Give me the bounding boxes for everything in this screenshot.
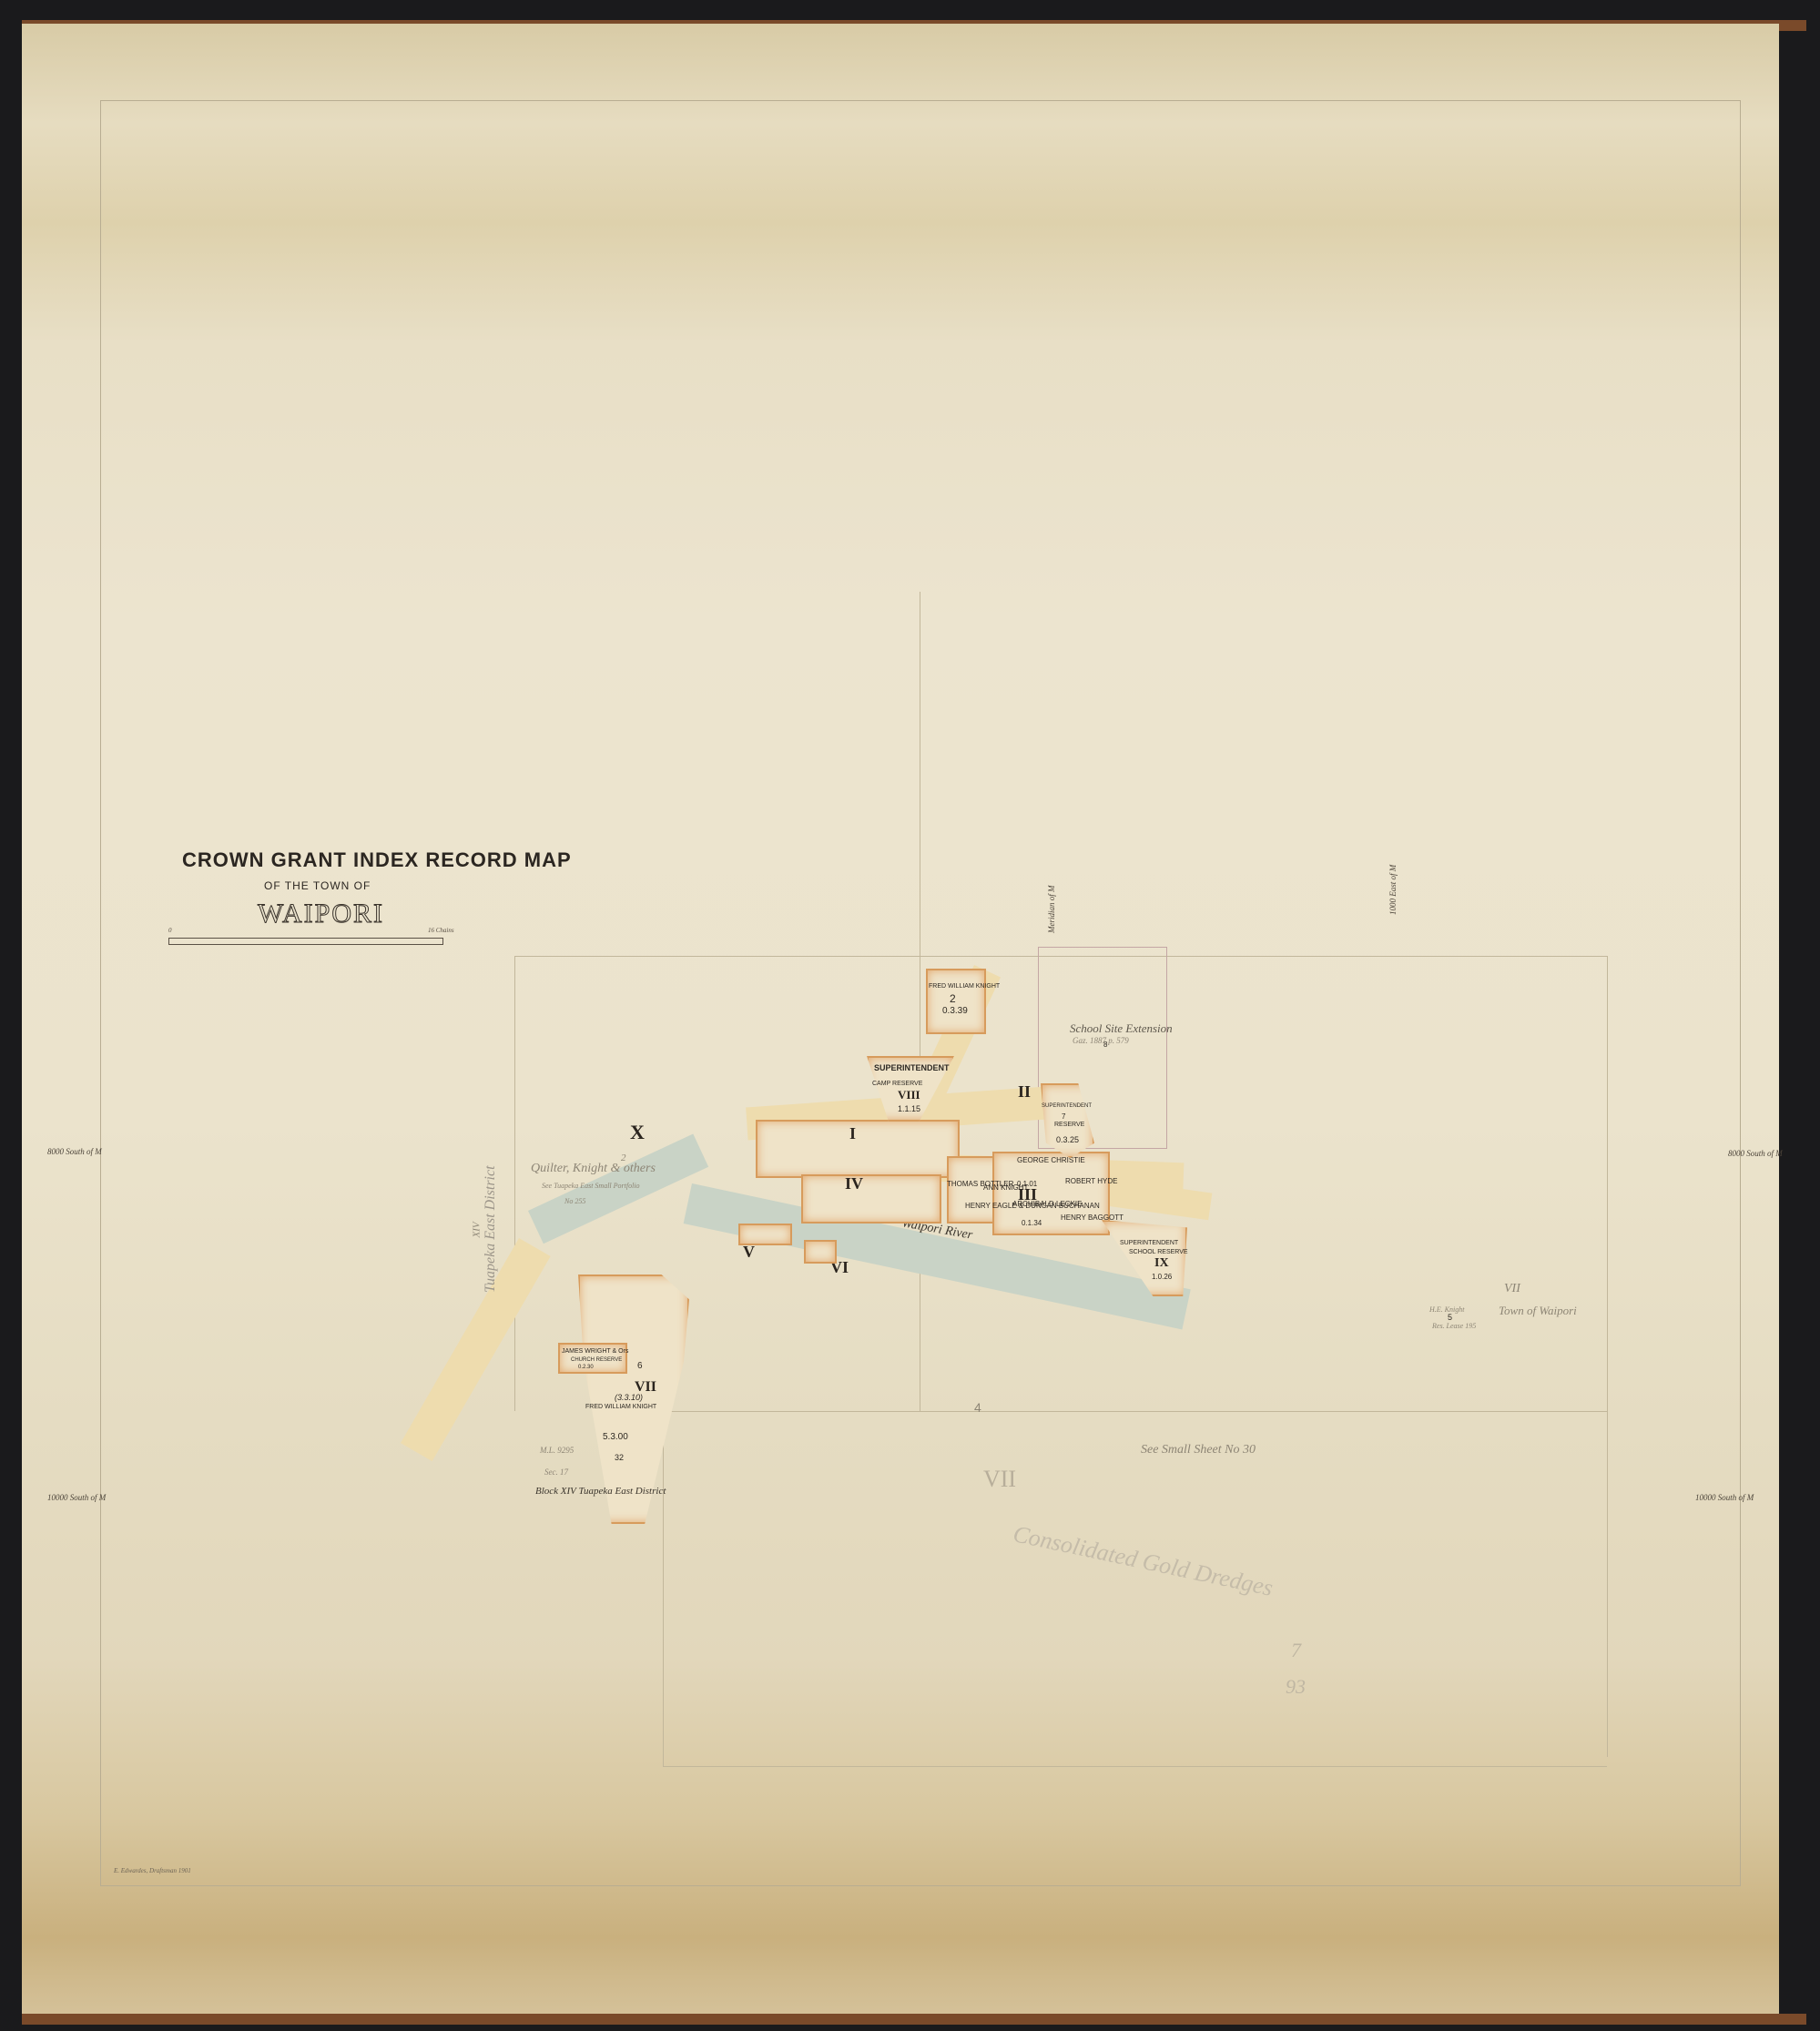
margin-label-right-upper: 8000 South of M bbox=[1728, 1149, 1783, 1158]
superintendent-7-number: 7 bbox=[1062, 1112, 1065, 1121]
fred-knight-vii-section: 32 bbox=[615, 1453, 624, 1462]
school-site-ref: Gaz. 1887 p. 579 bbox=[1073, 1036, 1129, 1045]
quilter-label: Quilter, Knight & others bbox=[531, 1162, 656, 1176]
quilter-ref: See Tuapeka East Small Portfolio bbox=[542, 1182, 640, 1190]
school-site-number: 8 bbox=[1103, 1041, 1107, 1049]
block-vi-parcels[interactable] bbox=[804, 1240, 837, 1264]
block-i-parcels[interactable] bbox=[756, 1120, 960, 1178]
town-of-waipori-note: Town of Waipori bbox=[1499, 1304, 1577, 1318]
tuapeka-east-label: Tuapeka East District bbox=[483, 1165, 499, 1293]
block-iv-label: IV bbox=[845, 1174, 863, 1193]
parcel-fred-knight-2[interactable] bbox=[926, 969, 986, 1034]
town-name: WAIPORI bbox=[258, 899, 384, 929]
superintendent-school-area: 1.0.26 bbox=[1152, 1273, 1172, 1281]
superintendent-7-area: 0.3.25 bbox=[1056, 1135, 1079, 1144]
grid-line bbox=[1607, 956, 1608, 1757]
meridian-line bbox=[920, 592, 920, 1411]
parcel-ann-knight[interactable]: ANN KNIGHT bbox=[983, 1183, 1028, 1192]
parcel-robert-hyde[interactable]: ROBERT HYDE bbox=[1065, 1177, 1118, 1185]
grid-line bbox=[663, 1411, 664, 1766]
superintendent-camp-area: 1.1.15 bbox=[898, 1104, 920, 1113]
block-iv-parcels[interactable] bbox=[801, 1174, 941, 1224]
parcel-fred-knight-2-number: 2 bbox=[950, 992, 956, 1005]
block-i-label: I bbox=[849, 1124, 856, 1143]
parcel-george-christie[interactable]: GEORGE CHRISTIE bbox=[1017, 1156, 1085, 1164]
scale-tick: 16 Chains bbox=[428, 927, 454, 934]
tuapeka-xiv: XIV bbox=[472, 1222, 483, 1237]
parcel-henry-eagle[interactable]: HENRY EAGLE & DUNCAN BUCHANAN bbox=[965, 1202, 1100, 1210]
block-v-label: V bbox=[743, 1243, 755, 1262]
knight-5-ref: Res. Lease 195 bbox=[1432, 1322, 1476, 1330]
parcel-archibald-leckie-area: 0.1.34 bbox=[1022, 1219, 1042, 1227]
small-sheet-note: See Small Sheet No 30 bbox=[1141, 1443, 1256, 1457]
east-label: 1000 East of M bbox=[1388, 865, 1398, 915]
grid-line bbox=[663, 1766, 1607, 1767]
superintendent-camp-sub: CAMP RESERVE bbox=[872, 1081, 922, 1087]
superintendent-school-title: SUPERINTENDENT bbox=[1120, 1240, 1178, 1246]
superintendent-7-title: SUPERINTENDENT bbox=[1042, 1103, 1092, 1109]
church-reserve-owner: JAMES WRIGHT & Ors bbox=[562, 1348, 628, 1355]
church-reserve-sub: CHURCH RESERVE bbox=[571, 1357, 622, 1363]
superintendent-7-sub: RESERVE bbox=[1054, 1122, 1084, 1128]
lower-vii-label: VII bbox=[983, 1466, 1016, 1493]
margin-label-left-lower: 10000 South of M bbox=[47, 1493, 106, 1502]
town-of-waipori-vii: VII bbox=[1504, 1282, 1520, 1296]
fred-knight-vii-number: 6 bbox=[637, 1361, 643, 1371]
block-ix-label: IX bbox=[1154, 1256, 1169, 1271]
note-93: 93 bbox=[1286, 1675, 1306, 1699]
map-title: CROWN GRANT INDEX RECORD MAP bbox=[182, 848, 572, 872]
section-4: 4 bbox=[974, 1400, 981, 1415]
bottom-roller bbox=[22, 2014, 1806, 2025]
church-reserve-area: 0.2.30 bbox=[578, 1365, 594, 1370]
scale-tick: 0 bbox=[168, 927, 172, 934]
map-border bbox=[100, 100, 1741, 1886]
grid-line bbox=[514, 956, 515, 1411]
parcel-henry-baggott[interactable]: HENRY BAGGOTT bbox=[1061, 1214, 1124, 1222]
superintendent-camp-title: SUPERINTENDENT bbox=[874, 1063, 950, 1072]
quilter-no: No 255 bbox=[564, 1197, 585, 1205]
fred-knight-vii-owner: FRED WILLIAM KNIGHT bbox=[585, 1404, 656, 1410]
knight-5-number: 5 bbox=[1448, 1313, 1452, 1322]
parcel-fred-knight-2-area: 0.3.39 bbox=[942, 1006, 968, 1016]
block-v-parcels[interactable] bbox=[738, 1224, 792, 1245]
block-ii-label: II bbox=[1018, 1082, 1031, 1102]
map-subtitle: OF THE TOWN OF bbox=[264, 879, 371, 892]
meridian-label: Meridian of M bbox=[1047, 886, 1056, 934]
block-xiv-label: Block XIV Tuapeka East District bbox=[535, 1486, 666, 1497]
margin-label-left-upper: 8000 South of M bbox=[47, 1147, 102, 1156]
ml-note: M.L. 9295 bbox=[540, 1446, 574, 1455]
grid-line bbox=[663, 1411, 1607, 1412]
block-viii-label: VIII bbox=[898, 1088, 920, 1102]
margin-label-right-lower: 10000 South of M bbox=[1695, 1493, 1754, 1502]
fred-knight-vii-bracket: (3.3.10) bbox=[615, 1393, 643, 1402]
note-7: 7 bbox=[1291, 1639, 1301, 1662]
superintendent-school-sub: SCHOOL RESERVE bbox=[1129, 1249, 1188, 1255]
footer-credit: E. Edwardes, Draftsman 1901 bbox=[114, 1867, 191, 1874]
scale-bar bbox=[168, 938, 443, 945]
parcel-fred-knight-2-owner: FRED WILLIAM KNIGHT bbox=[929, 983, 1000, 990]
sec-17: Sec. 17 bbox=[544, 1467, 568, 1477]
school-site-label: School Site Extension bbox=[1070, 1021, 1173, 1036]
fred-knight-vii-area: 5.3.00 bbox=[603, 1432, 628, 1442]
block-x-label: X bbox=[630, 1121, 645, 1144]
